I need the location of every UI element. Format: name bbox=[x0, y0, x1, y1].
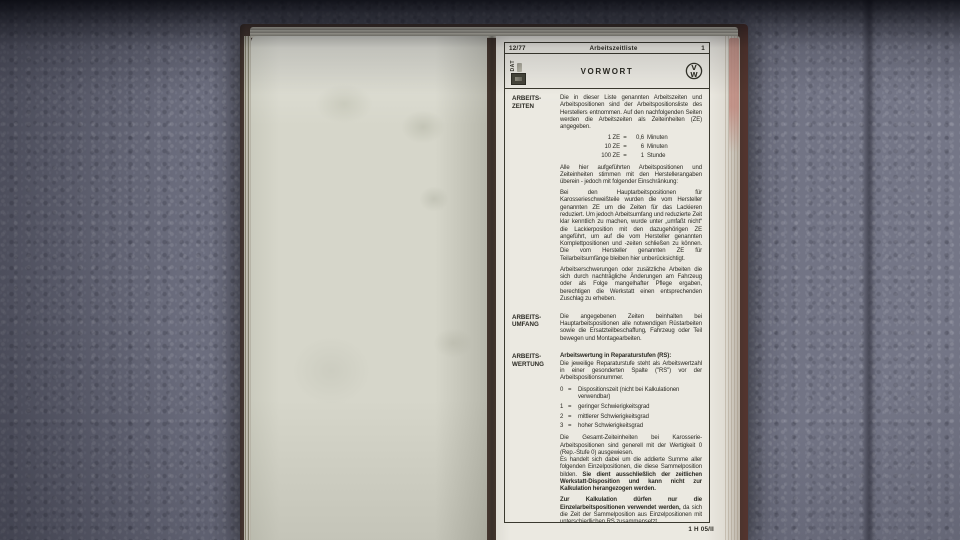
page-stain bbox=[419, 186, 449, 212]
edition-date: 12/77 bbox=[509, 45, 526, 52]
paragraph-mixed: Zur Kalkulation dürfen nur die Einzelarb… bbox=[560, 497, 702, 523]
paragraph: Alle hier aufgeführten Arbeitspositionen… bbox=[560, 165, 702, 187]
title-row: DAT VORWORT V W bbox=[505, 54, 709, 89]
paragraph-bold-run: Sie dient ausschließlich der zeitlichen … bbox=[560, 472, 702, 493]
equals-sign: = bbox=[568, 414, 578, 421]
dat-logo-text: DAT bbox=[511, 60, 516, 71]
rs-level-text: geringer Schwierigkeitsgrad bbox=[578, 404, 702, 411]
footer-code: 1 H 05/II bbox=[504, 526, 714, 533]
printed-right-page: 12/77 Arbeitszeitliste 1 DAT VORWORT bbox=[496, 36, 740, 540]
page-header-row: 12/77 Arbeitszeitliste 1 bbox=[505, 43, 709, 54]
page-stain bbox=[315, 84, 373, 124]
page-title: VORWORT bbox=[505, 67, 709, 76]
section-label-arbeitswertung: ARBEITS- WERTUNG bbox=[512, 353, 554, 523]
equals-sign: = bbox=[620, 144, 630, 151]
minutes-unit: Minuten bbox=[644, 135, 668, 142]
dat-logo-top: DAT bbox=[511, 58, 522, 72]
page-stain bbox=[291, 336, 371, 406]
ze-value: 100 ZE bbox=[590, 153, 620, 160]
vw-logo-icon: V W bbox=[685, 62, 703, 80]
minutes-value: 6 bbox=[630, 144, 644, 151]
rs-level-number: 1 bbox=[560, 404, 568, 411]
svg-text:W: W bbox=[690, 71, 698, 79]
section-body-arbeitsumfang: Die angegebenen Zeiten beinhalten bei Ha… bbox=[560, 314, 702, 347]
page-stain bbox=[401, 110, 445, 144]
list-title: Arbeitszeitliste bbox=[590, 45, 638, 52]
rs-level-item: 0 = Dispositionszeit (nicht bei Kalkulat… bbox=[560, 387, 702, 402]
equals-sign: = bbox=[568, 404, 578, 411]
book-left-page-edges bbox=[244, 36, 251, 540]
rs-level-text: Dispositionszeit (nicht bei Kalkulatione… bbox=[578, 387, 702, 402]
printed-frame: 12/77 Arbeitszeitliste 1 DAT VORWORT bbox=[504, 42, 710, 523]
equals-sign: = bbox=[620, 135, 630, 142]
rs-level-number: 0 bbox=[560, 387, 568, 402]
vw-roundel: V W bbox=[685, 62, 703, 80]
equals-sign: = bbox=[620, 153, 630, 160]
minutes-value: 1 bbox=[630, 153, 644, 160]
dat-logo-icon: DAT bbox=[511, 58, 526, 85]
blank-left-page bbox=[251, 36, 487, 540]
rs-heading: Arbeitswertung in Reparaturstufen (RS): bbox=[560, 353, 702, 360]
rs-level-number: 3 bbox=[560, 423, 568, 430]
open-manual-book: 12/77 Arbeitszeitliste 1 DAT VORWORT bbox=[240, 24, 748, 540]
section-label-arbeitsumfang: ARBEITS- UMFANG bbox=[512, 314, 554, 347]
dat-logo-box-inner bbox=[515, 77, 522, 81]
rs-level-item: 2 = mittlerer Schwierigkeitsgrad bbox=[560, 414, 702, 421]
dat-logo-emblem bbox=[517, 63, 522, 72]
section-body-arbeitswertung: Arbeitswertung in Reparaturstufen (RS): … bbox=[560, 353, 702, 523]
equals-sign: = bbox=[568, 423, 578, 430]
rs-level-item: 1 = geringer Schwierigkeitsgrad bbox=[560, 404, 702, 411]
book-gutter-shadow bbox=[487, 36, 496, 540]
paragraph: Die in dieser Liste genannten Arbeitszei… bbox=[560, 95, 702, 132]
paragraph: Die jeweilige Reparaturstufe steht als A… bbox=[560, 361, 702, 383]
rs-levels-list: 0 = Dispositionszeit (nicht bei Kalkulat… bbox=[560, 387, 702, 431]
dat-logo-box bbox=[511, 73, 526, 85]
page-stain bbox=[433, 328, 473, 358]
rs-level-number: 2 bbox=[560, 414, 568, 421]
paragraph: Bei den Hauptarbeitspositionen für Karos… bbox=[560, 190, 702, 263]
red-cover-edge bbox=[729, 38, 739, 153]
ze-value: 1 ZE bbox=[590, 135, 620, 142]
page-body: ARBEITS- ZEITEN Die in dieser Liste gena… bbox=[505, 89, 709, 523]
ze-value: 10 ZE bbox=[590, 144, 620, 151]
equals-sign: = bbox=[568, 387, 578, 402]
section-body-arbeitszeiten: Die in dieser Liste genannten Arbeitszei… bbox=[560, 95, 702, 307]
minutes-unit: Stunde bbox=[644, 153, 668, 160]
minutes-value: 0,6 bbox=[630, 135, 644, 142]
ze-conversion-table: 1 ZE = 0,6 Minuten 10 ZE = 6 Minuten 100… bbox=[590, 135, 668, 160]
rs-level-text: mittlerer Schwierigkeitsgrad bbox=[578, 414, 702, 421]
paragraph: Die Gesamt-Zeiteinheiten bei Karosserie-… bbox=[560, 435, 702, 457]
rs-level-text: hoher Schwierigkeitsgrad bbox=[578, 423, 702, 430]
paragraph: Die angegebenen Zeiten beinhalten bei Ha… bbox=[560, 314, 702, 343]
section-label-arbeitszeiten: ARBEITS- ZEITEN bbox=[512, 95, 554, 307]
paragraph-mixed: Es handelt sich dabei um die addierte Su… bbox=[560, 457, 702, 494]
paragraph: Arbeitserschwerungen oder zusätzliche Ar… bbox=[560, 267, 702, 304]
minutes-unit: Minuten bbox=[644, 144, 668, 151]
rs-level-item: 3 = hoher Schwierigkeitsgrad bbox=[560, 423, 702, 430]
page-number: 1 bbox=[701, 45, 705, 52]
